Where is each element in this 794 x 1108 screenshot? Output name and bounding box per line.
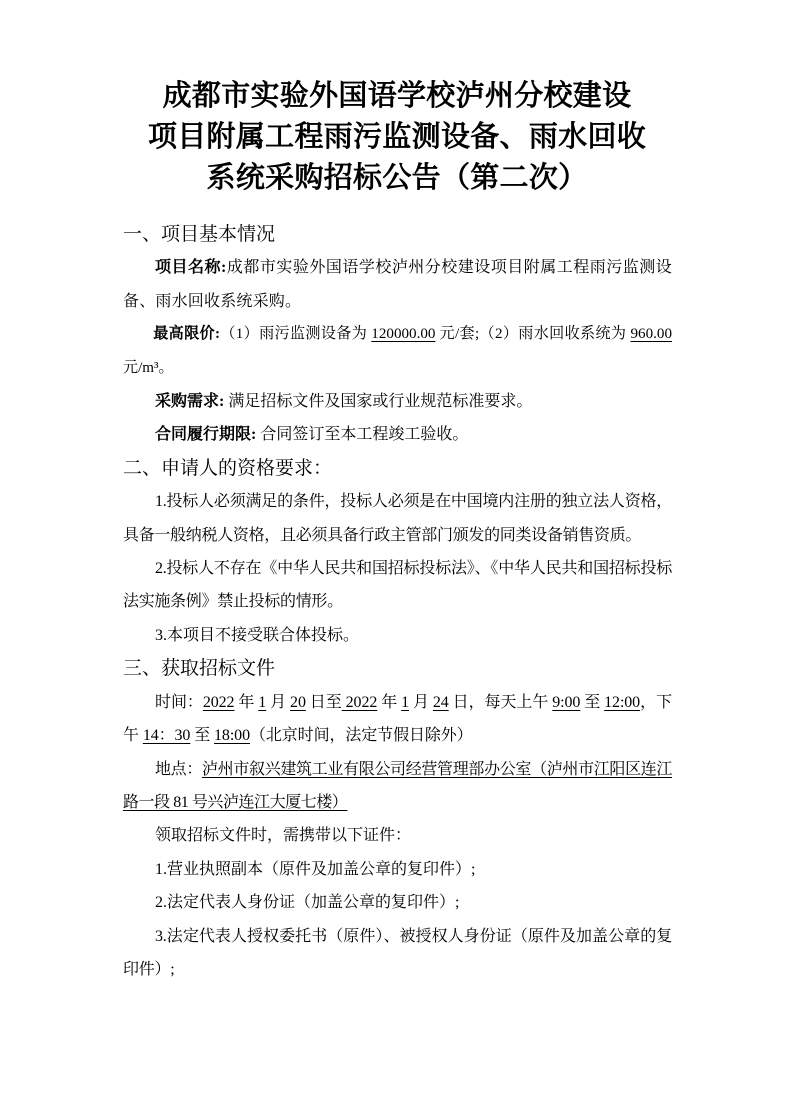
- qualification-3: 3.本项目不接受联合体投标。: [123, 619, 672, 652]
- text-segment: 2.法定代表人身份证（加盖公章的复印件）;: [155, 894, 459, 911]
- text-segment: 采购需求:: [155, 393, 224, 410]
- text-segment: 14：30: [143, 727, 191, 744]
- text-segment: 20: [290, 694, 306, 711]
- text-segment: 2022: [342, 694, 378, 711]
- text-segment: 日至: [306, 694, 342, 711]
- text-segment: 至: [190, 727, 214, 744]
- qualification-1: 1.投标人必须满足的条件，投标人必须是在中国境内注册的独立法人资格，具备一般纳税…: [123, 485, 672, 552]
- document-body: 一、项目基本情况项目名称:成都市实验外国语学校泸州分校建设项目附属工程雨污监测设…: [123, 218, 672, 986]
- text-segment: 3.本项目不接受联合体投标。: [155, 627, 359, 644]
- text-segment: 年: [234, 694, 258, 711]
- certificate-2: 2.法定代表人身份证（加盖公章的复印件）;: [123, 886, 672, 919]
- text-segment: 最高限价:: [153, 326, 220, 342]
- text-segment: 地点：: [155, 761, 202, 778]
- procurement-demand: 采购需求: 满足招标文件及国家或行业规范标准要求。: [123, 385, 672, 418]
- max-price: 最高限价:（1）雨污监测设备为 120000.00 元/套;（2）雨水回收系统为…: [123, 318, 672, 385]
- contract-period: 合同履行期限: 合同签订至本工程竣工验收。: [123, 418, 672, 451]
- section-3-heading: 三、获取招标文件: [123, 652, 672, 685]
- text-segment: （北京时间，法定节假日除外）: [250, 727, 473, 744]
- text-segment: 满足招标文件及国家或行业规范标准要求。: [224, 393, 532, 410]
- title-line-3: 系统采购招标公告（第二次）: [0, 158, 794, 199]
- text-segment: 年: [377, 694, 401, 711]
- text-segment: 一、项目基本情况: [123, 224, 275, 245]
- doc-location: 地点：泸州市叙兴建筑工业有限公司经营管理部办公室（泸州市江阳区连江路一段 81 …: [123, 753, 672, 820]
- text-segment: 2.投标人不存在《中华人民共和国招标投标法》、《中华人民共和国招标投标法实施条例…: [123, 560, 672, 610]
- title-line-1: 成都市实验外国语学校泸州分校建设: [0, 76, 794, 117]
- text-segment: 三、获取招标文件: [123, 658, 275, 679]
- text-segment: 日，每天上午: [449, 694, 553, 711]
- text-segment: 2022: [203, 694, 235, 711]
- text-segment: 960.00: [631, 326, 673, 342]
- text-segment: 12:00: [604, 694, 640, 711]
- text-segment: 二、申请人的资格要求：: [123, 458, 332, 479]
- text-segment: 月: [266, 694, 290, 711]
- text-segment: 项目名称:: [155, 259, 227, 276]
- text-segment: 24: [433, 694, 449, 711]
- text-segment: 至: [580, 694, 604, 711]
- text-segment: 合同履行期限:: [155, 426, 256, 443]
- text-segment: 1.投标人必须满足的条件，投标人必须是在中国境内注册的独立法人资格，具备一般纳税…: [123, 493, 672, 543]
- certificates-intro: 领取招标文件时，需携带以下证件：: [123, 819, 672, 852]
- text-segment: 120000.00: [371, 326, 435, 342]
- text-segment: 1.营业执照副本（原件及加盖公章的复印件）;: [155, 861, 475, 878]
- certificate-1: 1.营业执照副本（原件及加盖公章的复印件）;: [123, 853, 672, 886]
- text-segment: 月: [409, 694, 433, 711]
- project-name: 项目名称:成都市实验外国语学校泸州分校建设项目附属工程雨污监测设备、雨水回收系统…: [123, 251, 672, 318]
- text-segment: 元/m³。: [123, 360, 174, 376]
- text-segment: 领取招标文件时，需携带以下证件：: [155, 827, 411, 844]
- certificate-3: 3.法定代表人授权委托书（原件）、被授权人身份证（原件及加盖公章的复印件）;: [123, 920, 672, 987]
- document-title: 成都市实验外国语学校泸州分校建设 项目附属工程雨污监测设备、雨水回收 系统采购招…: [0, 0, 794, 199]
- text-segment: 1: [401, 694, 409, 711]
- text-segment: 9:00: [552, 694, 580, 711]
- text-segment: 元/套;（2）雨水回收系统为: [435, 326, 630, 342]
- text-segment: 合同签订至本工程竣工验收。: [256, 426, 468, 443]
- text-segment: （1）雨污监测设备为: [220, 326, 371, 342]
- text-segment: 时间：: [155, 694, 203, 711]
- text-segment: 3.法定代表人授权委托书（原件）、被授权人身份证（原件及加盖公章的复印件）;: [123, 928, 672, 978]
- doc-time: 时间：2022 年 1 月 20 日至 2022 年 1 月 24 日，每天上午…: [123, 686, 672, 753]
- section-1-heading: 一、项目基本情况: [123, 218, 672, 251]
- document-page: 成都市实验外国语学校泸州分校建设 项目附属工程雨污监测设备、雨水回收 系统采购招…: [0, 0, 794, 1108]
- section-2-heading: 二、申请人的资格要求：: [123, 452, 672, 485]
- text-segment: 18:00: [214, 727, 250, 744]
- title-line-2: 项目附属工程雨污监测设备、雨水回收: [0, 117, 794, 158]
- qualification-2: 2.投标人不存在《中华人民共和国招标投标法》、《中华人民共和国招标投标法实施条例…: [123, 552, 672, 619]
- text-segment: 泸州市叙兴建筑工业有限公司经营管理部办公室（泸州市江阳区连江路一段 81 号兴泸…: [123, 761, 672, 811]
